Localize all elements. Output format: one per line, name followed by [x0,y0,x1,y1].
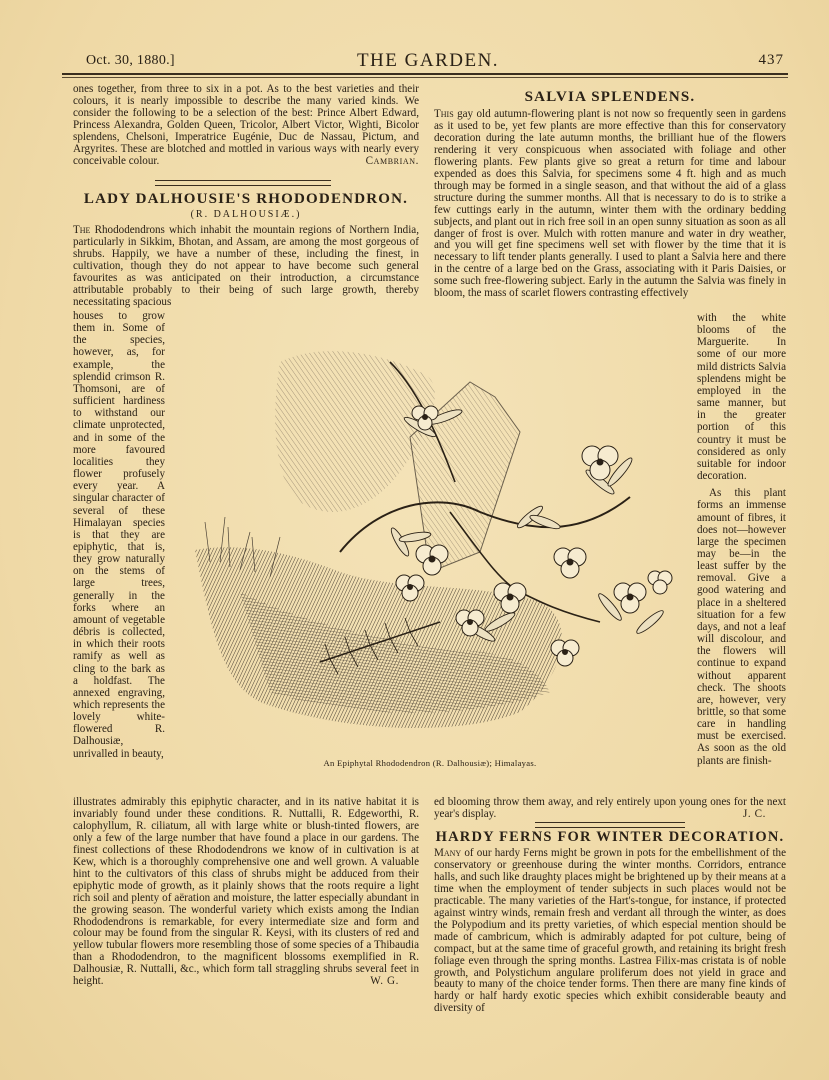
rhododendron-article: LADY DALHOUSIE'S RHODODENDRON. (R. DALHO… [73,190,419,309]
salvia-narrow-column: with the white blooms of the Marguerite.… [697,312,786,767]
signature-wg: W. G. [73,976,419,988]
article-title-rhododendron: LADY DALHOUSIE'S RHODODENDRON. [73,190,419,208]
section-divider [155,180,331,186]
salvia-continuation: ed blooming throw them away, and rely en… [434,797,786,821]
salvia-article: SALVIA SPLENDENS. This gay old autumn-fl… [434,88,786,300]
rhododendron-intro: The Rhododendrons which inhabit the moun… [73,225,419,309]
page-number: 437 [759,52,785,69]
engraving-illustration-icon [180,322,690,747]
running-head: Oct. 30, 1880.] THE GARDEN. 437 [72,50,784,72]
article-title-salvia: SALVIA SPLENDENS. [434,88,786,106]
ferns-intro: Many of our hardy Ferns might be grown i… [434,848,786,1015]
previous-article-continuation: ones together, from three to six in a po… [73,84,419,168]
dropcap-word: This [434,108,454,120]
header-rule-thin [62,77,788,78]
publication-title: THE GARDEN. [72,50,784,72]
newspaper-page: Oct. 30, 1880.] THE GARDEN. 437 ones tog… [0,0,829,1080]
article-title-ferns: HARDY FERNS FOR WINTER DECORATION. [434,828,786,846]
rhododendron-continuation: illustrates admirably this epiphytic cha… [73,797,419,988]
figure-caption: An Epiphytal Rhododendron (R. Dalhousiæ)… [240,758,620,768]
rhododendron-narrow-column: houses to grow them in. Some of the spec… [73,310,165,760]
article-subtitle-rhododendron: (R. DALHOUSIÆ.) [73,208,419,222]
rhododendron-body: illustrates admirably this epiphytic cha… [73,797,419,988]
rhododendron-engraving [180,322,690,747]
salvia-intro: This gay old autumn-flowering plant is n… [434,109,786,300]
dropcap-word: The [73,224,90,236]
dropcap-word: Many [434,847,461,859]
ferns-article: HARDY FERNS FOR WINTER DECORATION. Many … [434,828,786,1015]
header-rule-thick [62,73,788,75]
